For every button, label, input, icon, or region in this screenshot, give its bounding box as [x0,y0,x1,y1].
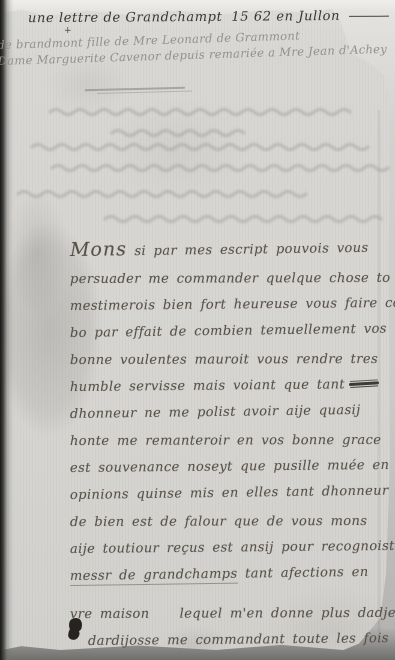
ghost-line [52,166,388,171]
ghost-line [18,192,306,197]
salutation-flourish: Mons [70,238,127,261]
manuscript-line: Mons si par mes escript pouvois vous [70,233,370,266]
manuscript-line: bonne voulentes mauroit vous rendre tres [70,346,370,374]
underlined-phrase: messr de grandchamps [70,567,238,586]
manuscript-line: dardijosse me commandant toute les fois [88,625,370,655]
ghost-line [105,217,381,222]
manuscript-line: bo par effait de combien temuellement vo… [70,316,370,347]
manuscript-line: messr de grandchamps tant afections en [70,559,370,590]
ghost-line [32,145,368,150]
header-date: 15 62 en Jullon [231,9,340,25]
manuscript-line: opinions quinse mis en elles tant dhonne… [70,478,370,509]
manuscript-line: dhonneur ne me polist avoir aije quasij [70,397,370,428]
header-title: une lettre de Grandchampt [28,10,222,26]
letter-body: Mons si par mes escript pouvois vouspers… [70,237,370,655]
manuscript-line: vre maison lequel m'en donne plus dadje [70,600,370,628]
header-inscription: une lettre de Grandchampt 15 62 en Jullo… [28,9,365,26]
ghost-line [50,110,350,115]
manuscript-line: de bien est de falour que de vous mons [70,508,370,536]
manuscript-line: honte me remanteroir en vos bonne grace [70,427,370,455]
manuscript-photo: une lettre de Grandchampt 15 62 en Jullo… [0,0,395,660]
ghost-line [112,131,244,136]
manuscript-line: persuader me commander quelque chose to [70,265,370,293]
